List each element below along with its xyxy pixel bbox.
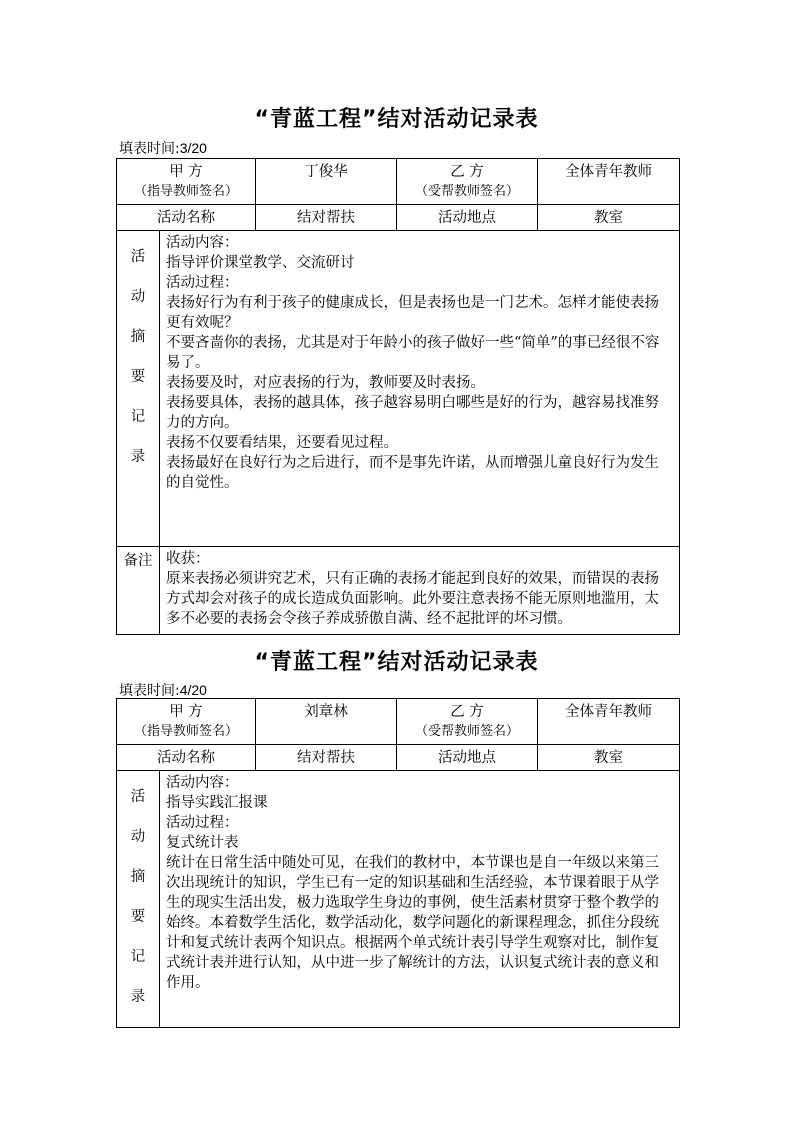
party-b-sub: （受帮教师签名） [397, 722, 537, 742]
summary-label-char: 要 [117, 367, 159, 407]
summary-line: 复式统计表 [166, 833, 673, 853]
fill-date: 填表时间:4/20 [119, 680, 207, 700]
party-a-sub: （指导教师签名） [117, 722, 255, 742]
summary-line: 表扬好行为有利于孩子的健康成长，但是表扬也是一门艺术。怎样才能使表扬更有效呢？ [166, 293, 673, 333]
note-label: 备注 [117, 547, 160, 635]
summary-label-char: 要 [117, 907, 159, 947]
party-b-name: 全体青年教师 [538, 159, 680, 205]
activity-place: 教室 [538, 745, 680, 771]
summary-line: 表扬不仅要看结果，还要看见过程。 [166, 433, 673, 453]
activity-name-label: 活动名称 [117, 745, 256, 771]
fill-date-value: 4/20 [180, 682, 207, 698]
summary-label: 活 动 摘 要 记 录 [117, 231, 160, 547]
record-title: “青蓝工程”结对活动记录表 [0, 645, 793, 676]
summary-label-char: 动 [117, 827, 159, 867]
fill-date: 填表时间:3/20 [119, 138, 207, 158]
party-b-label-cell: 乙 方 （受帮教师签名） [397, 699, 538, 745]
summary-line: 统计在日常生活中随处可见，在我们的教材中，本节课也是自一年级以来第三次出现统计的… [166, 853, 673, 993]
summary-line: 指导评价课堂教学、交流研讨 [166, 253, 673, 273]
party-a-sub: （指导教师签名） [117, 182, 255, 202]
activity-name-label: 活动名称 [117, 205, 256, 231]
summary-label-char: 录 [117, 447, 159, 487]
summary-label-char: 记 [117, 947, 159, 987]
note-line: 收获： [166, 549, 673, 569]
note-line: 原来表扬必须讲究艺术，只有正确的表扬才能起到良好的效果，而错误的表扬方式却会对孩… [166, 569, 673, 629]
summary-label: 活 动 摘 要 记 录 [117, 771, 160, 1028]
summary-line: 活动过程： [166, 813, 673, 833]
activity-place-label: 活动地点 [397, 745, 538, 771]
summary-label-char: 动 [117, 287, 159, 327]
summary-line: 活动内容： [166, 773, 673, 793]
note-content: 收获： 原来表扬必须讲究艺术，只有正确的表扬才能起到良好的效果，而错误的表扬方式… [160, 547, 680, 635]
summary-line: 表扬要具体，表扬的越具体，孩子越容易明白哪些是好的行为，越容易找准努力的方向。 [166, 393, 673, 433]
fill-date-value: 3/20 [180, 140, 207, 156]
record-table: 甲 方 （指导教师签名） 丁俊华 乙 方 （受帮教师签名） 全体青年教师 活动名… [116, 158, 680, 635]
party-a-label-cell: 甲 方 （指导教师签名） [117, 699, 256, 745]
party-a-name: 刘章林 [256, 699, 397, 745]
summary-content: 活动内容： 指导实践汇报课 活动过程： 复式统计表 统计在日常生活中随处可见，在… [160, 771, 680, 1028]
fill-date-label: 填表时间: [119, 141, 180, 157]
summary-line: 活动内容： [166, 233, 673, 253]
fill-date-label: 填表时间: [119, 683, 180, 699]
summary-label-char: 摘 [117, 327, 159, 367]
party-b-sub: （受帮教师签名） [397, 182, 537, 202]
summary-line: 不要吝啬你的表扬，尤其是对于年龄小的孩子做好一些“简单”的事已经很不容易了。 [166, 333, 673, 373]
summary-content: 活动内容： 指导评价课堂教学、交流研讨 活动过程： 表扬好行为有利于孩子的健康成… [160, 231, 680, 547]
party-a-label-cell: 甲 方 （指导教师签名） [117, 159, 256, 205]
summary-line: 指导实践汇报课 [166, 793, 673, 813]
summary-line: 表扬最好在良好行为之后进行，而不是事先许诺，从而增强儿童良好行为发生的自觉性。 [166, 453, 673, 493]
activity-place: 教室 [538, 205, 680, 231]
party-a-name: 丁俊华 [256, 159, 397, 205]
party-b-label: 乙 方 [450, 704, 484, 720]
party-a-label: 甲 方 [169, 164, 203, 180]
activity-name: 结对帮扶 [256, 745, 397, 771]
party-b-label-cell: 乙 方 （受帮教师签名） [397, 159, 538, 205]
record-table: 甲 方 （指导教师签名） 刘章林 乙 方 （受帮教师签名） 全体青年教师 活动名… [116, 698, 680, 1028]
summary-label-char: 记 [117, 407, 159, 447]
party-a-label: 甲 方 [169, 704, 203, 720]
summary-line: 表扬要及时，对应表扬的行为，教师要及时表扬。 [166, 373, 673, 393]
activity-name: 结对帮扶 [256, 205, 397, 231]
activity-place-label: 活动地点 [397, 205, 538, 231]
summary-label-char: 录 [117, 987, 159, 1027]
party-b-label: 乙 方 [450, 164, 484, 180]
record-title: “青蓝工程”结对活动记录表 [0, 102, 793, 133]
summary-label-char: 活 [117, 787, 159, 827]
summary-line: 活动过程： [166, 273, 673, 293]
summary-label-char: 活 [117, 247, 159, 287]
summary-label-char: 摘 [117, 867, 159, 907]
party-b-name: 全体青年教师 [538, 699, 680, 745]
